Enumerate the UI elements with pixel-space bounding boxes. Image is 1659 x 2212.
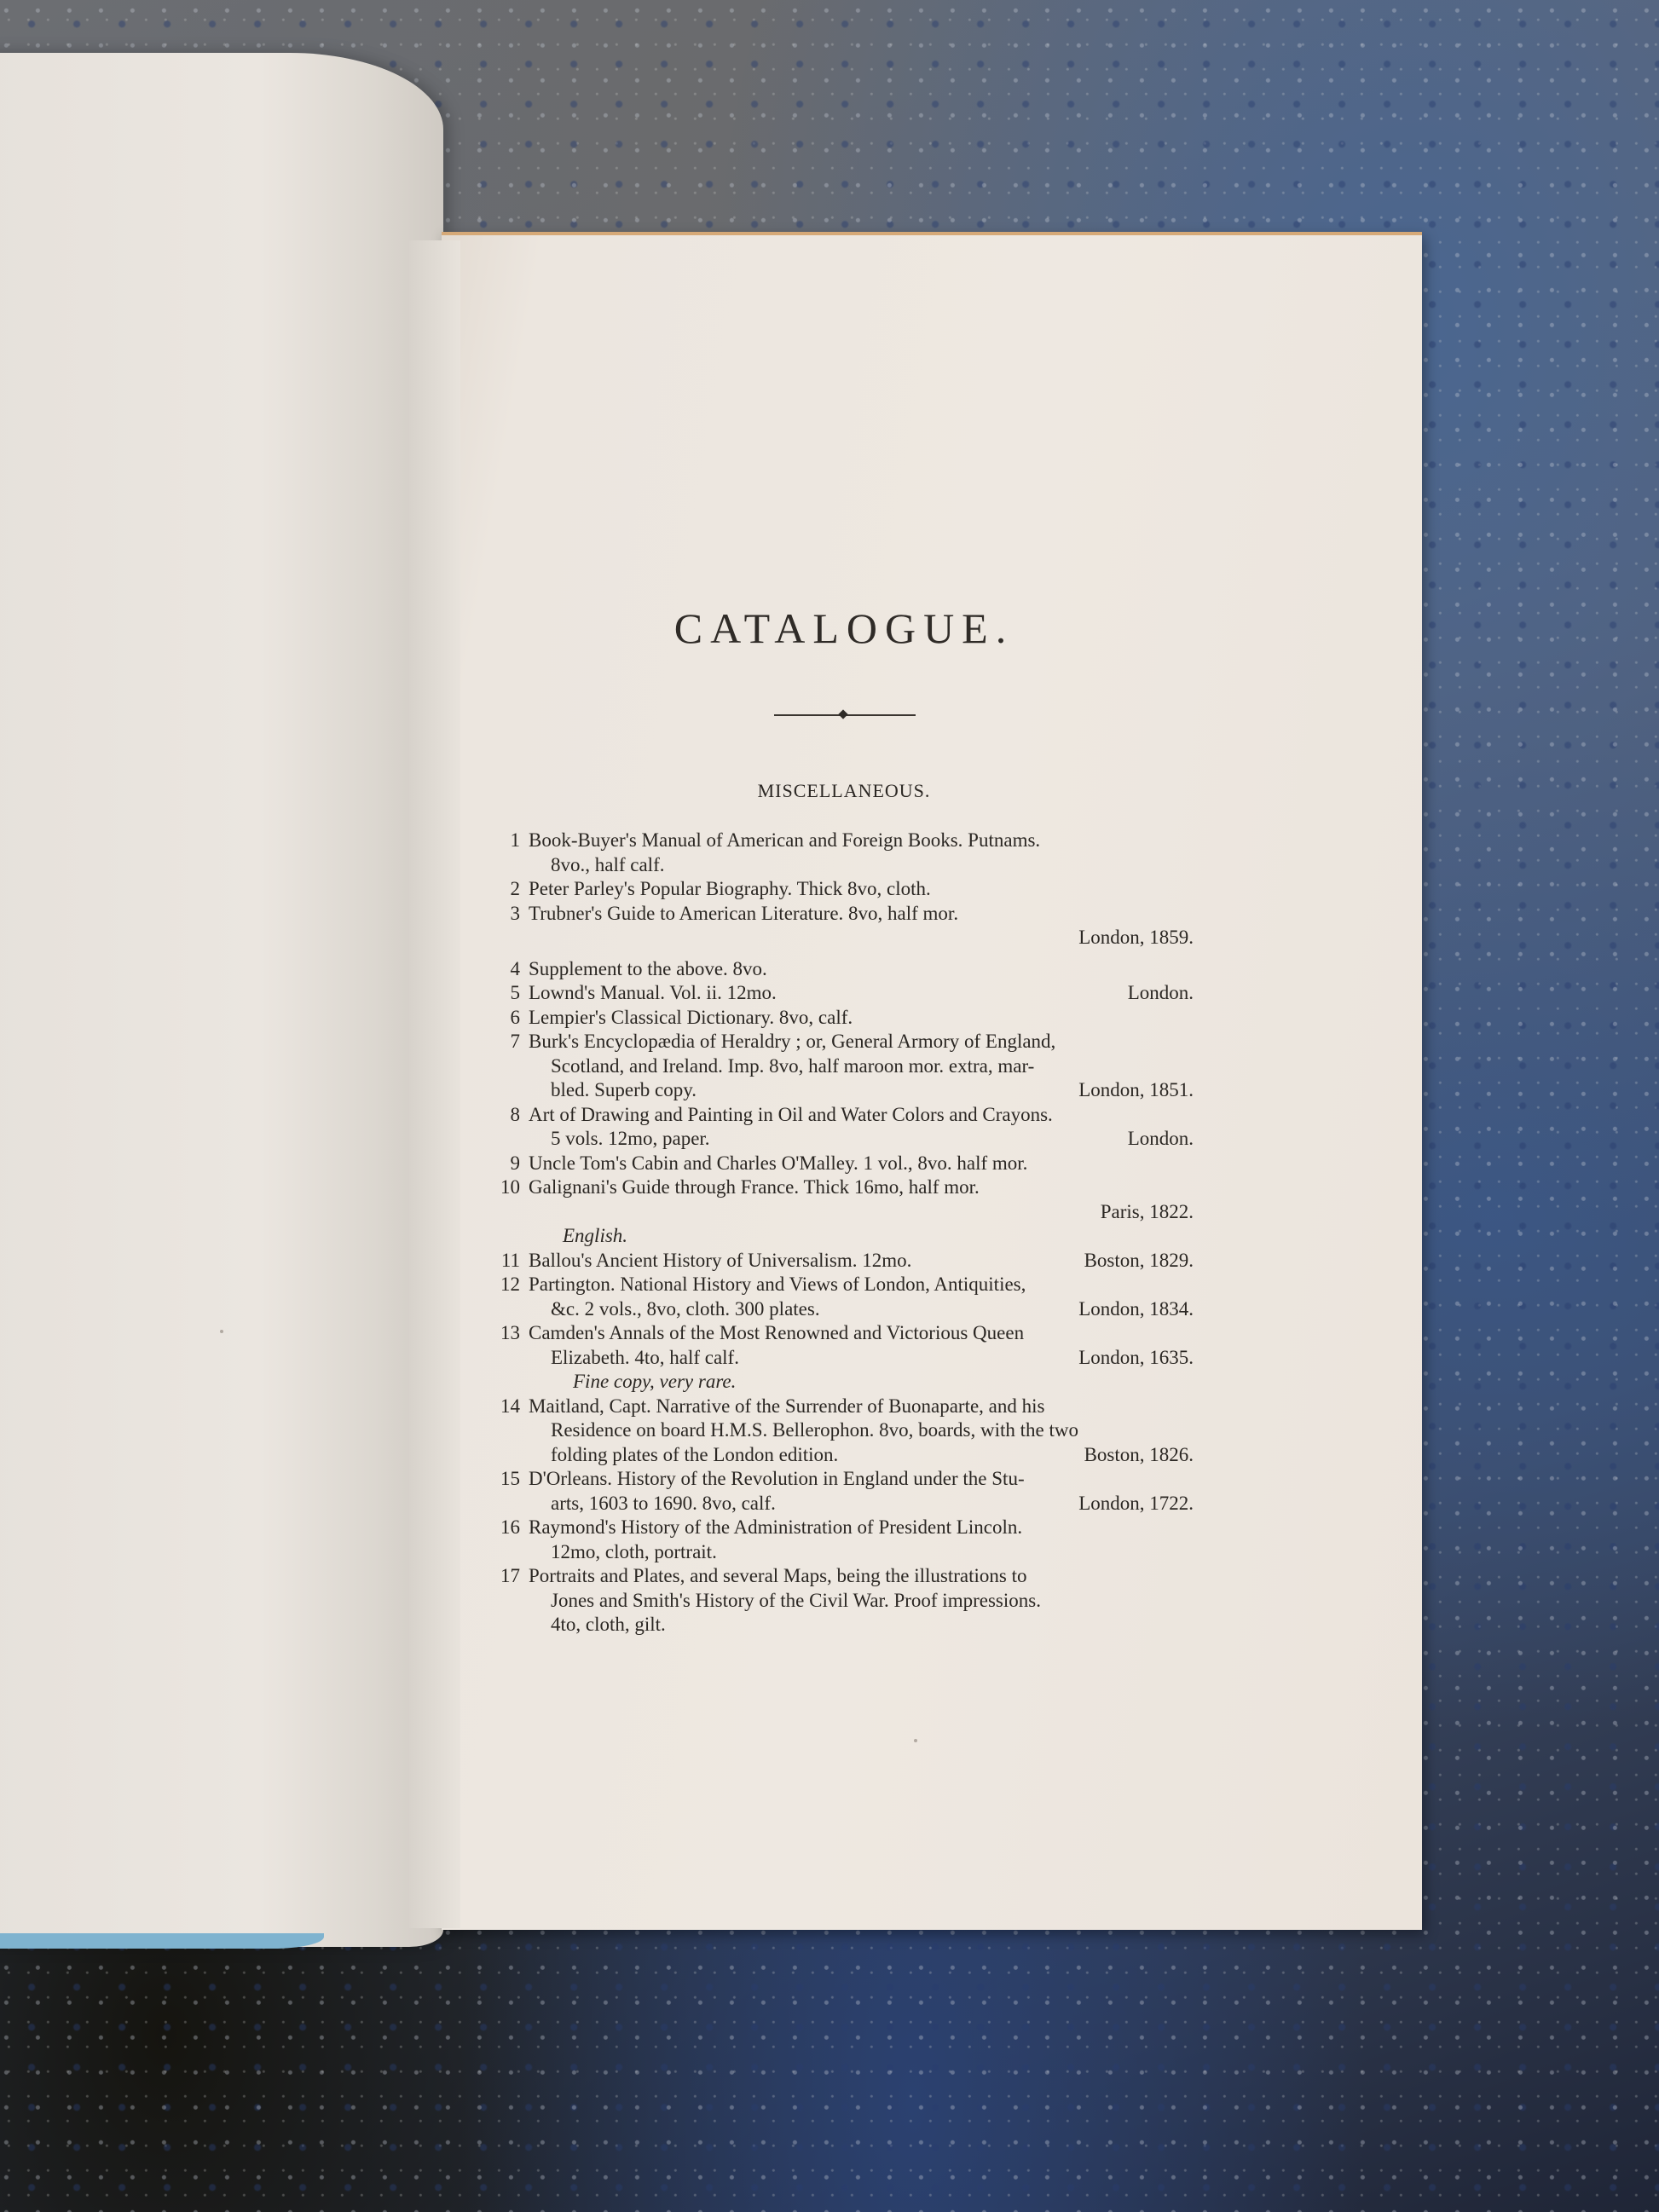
catalogue-entry: 11 Ballou's Ancient History of Universal… (477, 1249, 1211, 1273)
entry-line: 8vo., half calf. (477, 853, 1211, 878)
entry-line: Burk's Encyclopædia of Heraldry ; or, Ge… (477, 1030, 1211, 1054)
catalogue-entry: 5 Lownd's Manual. Vol. ii. 12mo. London. (477, 981, 1211, 1006)
entry-line: 5 vols. 12mo, paper. London. (477, 1127, 1211, 1152)
catalogue-entry: 2 Peter Parley's Popular Biography. Thic… (477, 877, 1211, 902)
entry-line: Portraits and Plates, and several Maps, … (477, 1564, 1211, 1589)
entry-number: 15 (477, 1467, 520, 1492)
catalogue-entry: 3 Trubner's Guide to American Literature… (477, 902, 1211, 950)
entry-line: folding plates of the London edition. Bo… (477, 1443, 1211, 1468)
entry-line: Elizabeth. 4to, half calf. London, 1635. (477, 1346, 1211, 1371)
catalogue-entry: 10 Galignani's Guide through France. Thi… (477, 1175, 1211, 1224)
entry-line: bled. Superb copy. London, 1851. (477, 1078, 1211, 1103)
entry-text: Lownd's Manual. Vol. ii. 12mo. (529, 982, 777, 1003)
left-page (0, 53, 443, 1947)
entry-line: Residence on board H.M.S. Bellerophon. 8… (477, 1418, 1211, 1443)
entry-line: Art of Drawing and Painting in Oil and W… (477, 1103, 1211, 1128)
catalogue-entry: 4 Supplement to the above. 8vo. (477, 957, 1211, 982)
entry-place: Boston, 1829. (1084, 1249, 1194, 1273)
entry-number: 10 (477, 1175, 520, 1200)
entry-number: 8 (477, 1103, 520, 1128)
ornament-rule (774, 714, 916, 716)
catalogue-entry: 1 Book-Buyer's Manual of American and Fo… (477, 829, 1211, 877)
entry-line: Ballou's Ancient History of Universalism… (477, 1249, 1211, 1273)
catalogue-entry: 16 Raymond's History of the Administrati… (477, 1516, 1211, 1564)
entry-place: Boston, 1826. (1084, 1443, 1194, 1468)
paper-mark (220, 1330, 223, 1333)
entry-place: London. (1128, 981, 1194, 1006)
entry-number: 12 (477, 1273, 520, 1297)
entry-place: London, 1722. (1078, 1492, 1194, 1516)
entry-line: Maitland, Capt. Narrative of the Surrend… (477, 1395, 1211, 1419)
page-title: CATALOGUE. (477, 604, 1211, 653)
entry-text: arts, 1603 to 1690. 8vo, calf. (551, 1493, 776, 1514)
catalogue-entry: 6 Lempier's Classical Dictionary. 8vo, c… (477, 1006, 1211, 1031)
subsection-note: English. (477, 1224, 1211, 1249)
entry-text: bled. Superb copy. (551, 1079, 697, 1100)
entry-number: 2 (477, 877, 520, 902)
entry-text: 5 vols. 12mo, paper. (551, 1128, 710, 1149)
entry-line: Partington. National History and Views o… (477, 1273, 1211, 1297)
catalogue-entry: 8 Art of Drawing and Painting in Oil and… (477, 1103, 1211, 1152)
book-cover-edge (0, 1933, 324, 1949)
entry-line: Jones and Smith's History of the Civil W… (477, 1589, 1211, 1614)
catalogue-entries: 1 Book-Buyer's Manual of American and Fo… (477, 829, 1211, 1637)
catalogue-entry: 12 Partington. National History and View… (477, 1273, 1211, 1321)
entry-line: Scotland, and Ireland. Imp. 8vo, half ma… (477, 1054, 1211, 1079)
entry-place: London, 1851. (1078, 1078, 1194, 1103)
entry-place: London. (1128, 1127, 1194, 1152)
entry-line: 4to, cloth, gilt. (477, 1613, 1211, 1637)
entry-place: London, 1635. (1078, 1346, 1194, 1371)
entry-text: Elizabeth. 4to, half calf. (551, 1347, 739, 1368)
entry-line: 12mo, cloth, portrait. (477, 1540, 1211, 1565)
entry-number: 5 (477, 981, 520, 1006)
entry-number: 13 (477, 1321, 520, 1346)
entry-number: 7 (477, 1030, 520, 1054)
entry-place: Paris, 1822. (477, 1200, 1211, 1225)
entry-number: 3 (477, 902, 520, 927)
entry-text: Ballou's Ancient History of Universalism… (529, 1250, 911, 1271)
entry-number: 14 (477, 1395, 520, 1419)
entry-number: 1 (477, 829, 520, 853)
catalogue-entry: 17 Portraits and Plates, and several Map… (477, 1564, 1211, 1637)
entry-number: 17 (477, 1564, 520, 1589)
entry-number: 9 (477, 1152, 520, 1176)
entry-line: &c. 2 vols., 8vo, cloth. 300 plates. Lon… (477, 1297, 1211, 1322)
entry-line: Uncle Tom's Cabin and Charles O'Malley. … (477, 1152, 1211, 1176)
entry-place: London, 1859. (477, 926, 1211, 950)
entry-number: 16 (477, 1516, 520, 1540)
entry-note: Fine copy, very rare. (477, 1370, 1211, 1395)
catalogue-entry: 14 Maitland, Capt. Narrative of the Surr… (477, 1395, 1211, 1468)
entry-line: arts, 1603 to 1690. 8vo, calf. London, 1… (477, 1492, 1211, 1516)
entry-line: Lempier's Classical Dictionary. 8vo, cal… (477, 1006, 1211, 1031)
section-heading: MISCELLANEOUS. (477, 780, 1211, 802)
entry-text: &c. 2 vols., 8vo, cloth. 300 plates. (551, 1298, 820, 1320)
entry-line: Peter Parley's Popular Biography. Thick … (477, 877, 1211, 902)
catalogue-entry: 13 Camden's Annals of the Most Renowned … (477, 1321, 1211, 1370)
entry-line: Supplement to the above. 8vo. (477, 957, 1211, 982)
catalogue-entry: 7 Burk's Encyclopædia of Heraldry ; or, … (477, 1030, 1211, 1103)
entry-line: Trubner's Guide to American Literature. … (477, 902, 1211, 927)
paper-mark (914, 1739, 917, 1742)
entry-line: Raymond's History of the Administration … (477, 1516, 1211, 1540)
entry-place: London, 1834. (1078, 1297, 1194, 1322)
catalogue-entry: 15 D'Orleans. History of the Revolution … (477, 1467, 1211, 1516)
entry-number: 6 (477, 1006, 520, 1031)
entry-line: Galignani's Guide through France. Thick … (477, 1175, 1211, 1200)
entry-text: folding plates of the London edition. (551, 1444, 838, 1465)
entry-line: Lownd's Manual. Vol. ii. 12mo. London. (477, 981, 1211, 1006)
entry-line: Book-Buyer's Manual of American and Fore… (477, 829, 1211, 853)
book-gutter (409, 240, 460, 1928)
catalogue-entry: 9 Uncle Tom's Cabin and Charles O'Malley… (477, 1152, 1211, 1176)
entry-line: D'Orleans. History of the Revolution in … (477, 1467, 1211, 1492)
entry-line: Camden's Annals of the Most Renowned and… (477, 1321, 1211, 1346)
entry-number: 4 (477, 957, 520, 982)
entry-number: 11 (477, 1249, 520, 1273)
